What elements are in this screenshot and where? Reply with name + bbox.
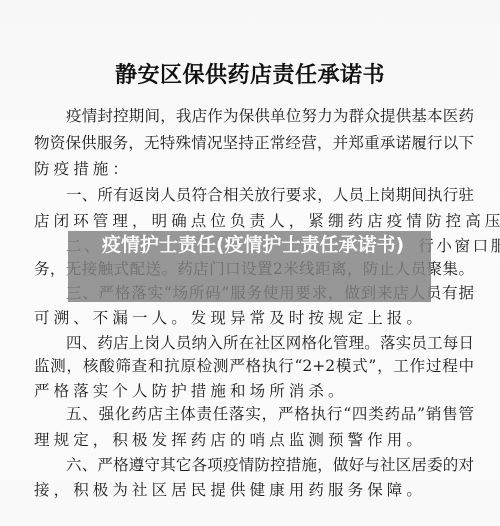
caption-overlay-text: 疫情护士责任(疫情护士责任承诺书) — [78, 232, 428, 259]
paragraph-intro-line-3: 防疫措施： — [34, 159, 474, 179]
item-5-line-2: 理规定，积极发挥药店的哨点监测预警作用。 — [34, 430, 474, 450]
item-4-line-1: 四、药店上岗人员纳入所在社区网格化管理。落实员工每日 — [66, 333, 474, 353]
paragraph-intro-line-1: 疫情封控期间，我店作为保供单位努力为群众提供基本医药 — [66, 106, 474, 126]
item-6-line-2: 接，积极为社区居民提供健康用药服务保障。 — [34, 480, 474, 500]
item-4-line-3: 严格落实个人防护措施和场所消杀。 — [34, 381, 474, 401]
item-5-line-1: 五、强化药店主体责任落实，严格执行“四类药品”销售管 — [66, 404, 474, 424]
item-3-line-2: 可溯、不漏一人。发现异常及时按规定上报。 — [34, 308, 474, 328]
item-6-line-1: 六、严格遵守其它各项疫情防控措施，做好与社区居委的对 — [66, 455, 474, 475]
document-title: 静安区保供药店责任承诺书 — [0, 58, 500, 89]
item-1-line-2: 店闭环管理，明确点位负责人，紧绷药店疫情防控高压弦。 — [34, 211, 474, 231]
item-4-line-2: 监测，核酸筛查和抗原检测严格执行“2+2模式”，工作过程中 — [34, 356, 474, 376]
item-1-line-1: 一、所有返岗人员符合相关放行要求，人员上岗期间执行驻 — [66, 185, 474, 205]
paragraph-intro-line-2: 物资保供服务，无特殊情况坚持正常经营，并郑重承诺履行以下 — [34, 133, 474, 153]
